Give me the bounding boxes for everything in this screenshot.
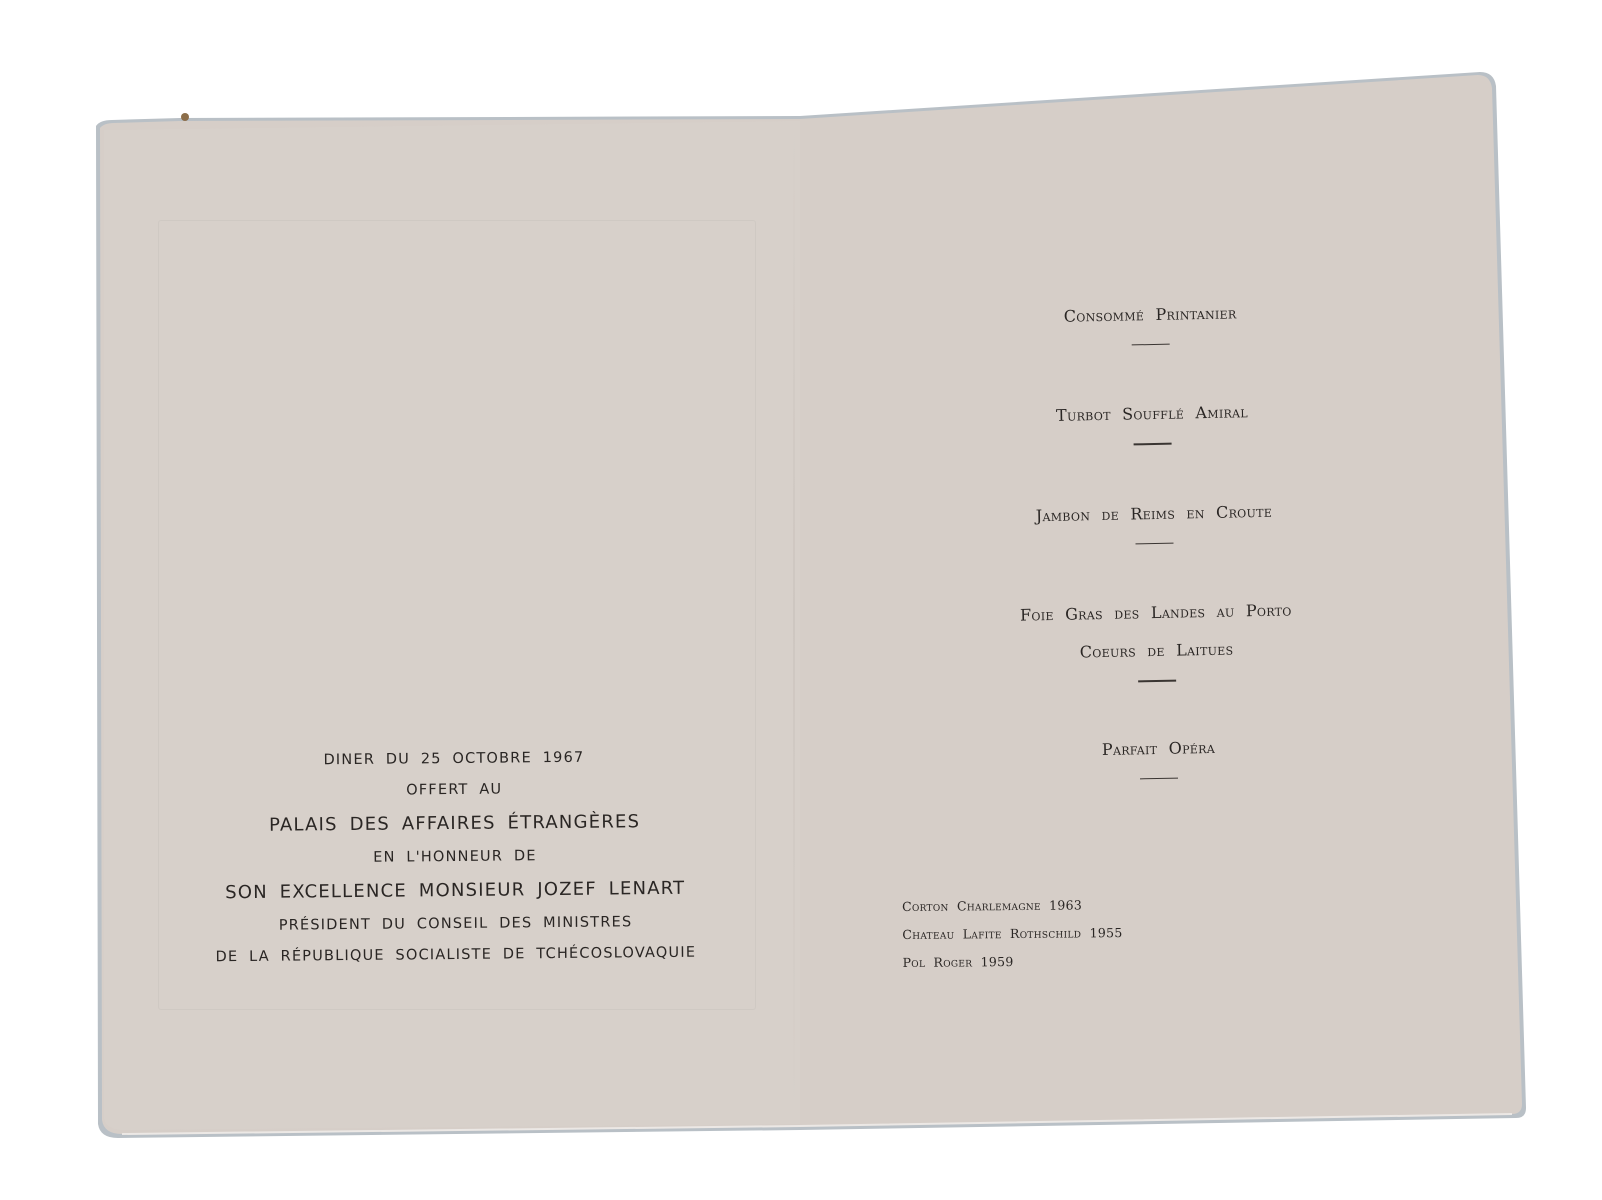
course-item: Foie Gras des Landes au Porto Coeurs de … bbox=[921, 598, 1392, 686]
dish-name: Turbot Soufflé Amiral bbox=[917, 399, 1387, 430]
course-separator bbox=[1140, 777, 1178, 779]
wine-item: Chateau Lafite Rothschild 1955 bbox=[902, 926, 1122, 942]
photo-stage: DINER DU 25 OCTOBRE 1967 OFFERT AU PALAI… bbox=[0, 0, 1602, 1200]
course-item: Turbot Soufflé Amiral bbox=[917, 399, 1388, 449]
venue: PALAIS DES AFFAIRES ÉTRANGÈRES bbox=[200, 812, 710, 837]
course-separator bbox=[1138, 680, 1176, 682]
guest-title: PRÉSIDENT DU CONSEIL DES MINISTRES bbox=[201, 915, 711, 934]
course-separator bbox=[1132, 344, 1170, 346]
offered-at: OFFERT AU bbox=[199, 781, 709, 800]
dinner-invitation-text: DINER DU 25 OCTOBRE 1967 OFFERT AU PALAI… bbox=[199, 750, 711, 982]
dish-name: Jambon de Reims en Croute bbox=[919, 498, 1389, 529]
in-honour-of: EN L'HONNEUR DE bbox=[200, 848, 710, 867]
guest-name: SON EXCELLENCE MONSIEUR JOZEF LENART bbox=[200, 879, 710, 904]
center-fold bbox=[793, 120, 795, 1115]
course-item: Consommé Printanier bbox=[915, 300, 1386, 350]
wine-item: Pol Roger 1959 bbox=[902, 954, 1122, 970]
menu-courses: Consommé Printanier Turbot Soufflé Amira… bbox=[915, 300, 1395, 840]
paper-stain bbox=[181, 113, 189, 121]
course-separator bbox=[1134, 443, 1172, 445]
dish-name: Parfait Opéra bbox=[923, 733, 1393, 764]
dish-name: Coeurs de Laitues bbox=[921, 636, 1391, 667]
wine-item: Corton Charlemagne 1963 bbox=[902, 898, 1122, 914]
guest-country: DE LA RÉPUBLIQUE SOCIALISTE DE TCHÉCOSLO… bbox=[201, 946, 711, 965]
course-item: Jambon de Reims en Croute bbox=[919, 498, 1390, 548]
wine-list: Corton Charlemagne 1963 Chateau Lafite R… bbox=[902, 898, 1123, 984]
dish-name: Foie Gras des Landes au Porto bbox=[921, 598, 1391, 629]
course-item: Parfait Opéra bbox=[923, 733, 1394, 783]
course-separator bbox=[1135, 542, 1173, 544]
